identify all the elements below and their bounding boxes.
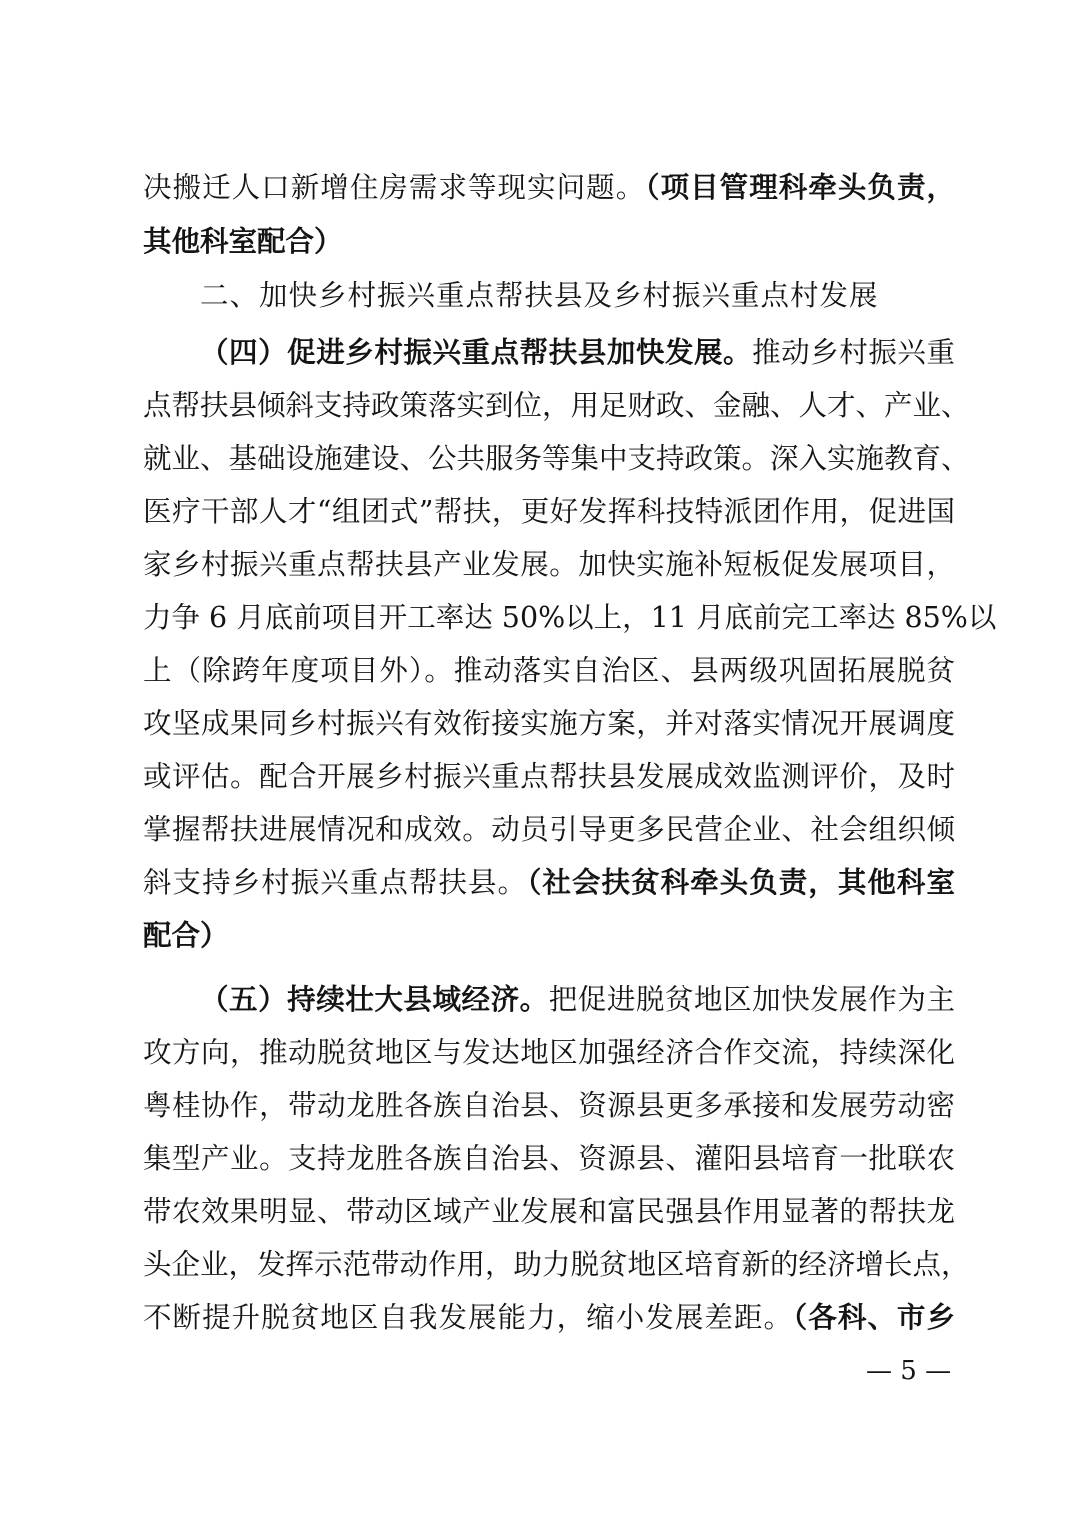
body-text: 或评估。配合开展乡村振兴重点帮扶县发展成效监测评价，及时	[143, 760, 955, 793]
body-text: 头企业，发挥示范带动作用，助力脱贫地区培育新的经济增长点，	[143, 1248, 970, 1281]
body-text: 点帮扶县倾斜支持政策落实到位，用足财政、金融、人才、产业、	[143, 389, 970, 422]
text-line: 掌握帮扶进展情况和成效。动员引导更多民营企业、社会组织倾	[143, 810, 955, 850]
body-text: 决搬迁人口新增住房需求等现实问题。	[143, 171, 645, 204]
subsection-title: （四）促进乡村振兴重点帮扶县加快发展。	[200, 336, 752, 369]
text-line: 决搬迁人口新增住房需求等现实问题。（项目管理科牵头负责，	[143, 168, 955, 208]
body-text: 集型产业。支持龙胜各族自治县、资源县、灌阳县培育一批联农	[143, 1142, 955, 1175]
body-text: 就业、基础设施建设、公共服务等集中支持政策。深入实施教育、	[143, 442, 970, 475]
text-line: 或评估。配合开展乡村振兴重点帮扶县发展成效监测评价，及时	[143, 757, 955, 797]
text-line: 其他科室配合）	[143, 222, 955, 262]
body-text: 斜支持乡村振兴重点帮扶县。	[143, 866, 527, 899]
responsibility-note: （各科、市乡	[793, 1301, 955, 1334]
text-line: 点帮扶县倾斜支持政策落实到位，用足财政、金融、人才、产业、	[143, 386, 955, 426]
text-line: （四）促进乡村振兴重点帮扶县加快发展。推动乡村振兴重	[200, 333, 955, 373]
text-line: 上（除跨年度项目外）。推动落实自治区、县两级巩固拓展脱贫	[143, 651, 955, 691]
text-line: 斜支持乡村振兴重点帮扶县。（社会扶贫科牵头负责，其他科室	[143, 863, 955, 903]
text-line: 不断提升脱贫地区自我发展能力，缩小发展差距。（各科、市乡	[143, 1298, 955, 1338]
body-text: 上（除跨年度项目外）。推动落实自治区、县两级巩固拓展脱贫	[143, 654, 955, 687]
text-line: 医疗干部人才“组团式”帮扶，更好发挥科技特派团作用，促进国	[143, 492, 955, 532]
text-line: 力争 6 月底前项目开工率达 50%以上，11 月底前完工率达 85%以	[143, 598, 955, 638]
subsection-title: （五）持续壮大县域经济。	[200, 983, 549, 1016]
page-number: — 5 —	[866, 1356, 951, 1386]
responsibility-note: （项目管理科牵头负责，	[645, 171, 955, 204]
section-heading-text: 二、加快乡村振兴重点帮扶县及乡村振兴重点村发展	[200, 279, 879, 312]
body-text: 医疗干部人才“组团式”帮扶，更好发挥科技特派团作用，促进国	[143, 495, 955, 528]
text-line: 头企业，发挥示范带动作用，助力脱贫地区培育新的经济增长点，	[143, 1245, 955, 1285]
body-text: 掌握帮扶进展情况和成效。动员引导更多民营企业、社会组织倾	[143, 813, 955, 846]
body-text: 力争 6 月底前项目开工率达 50%以上，11 月底前完工率达 85%以	[143, 601, 996, 634]
text-line: 配合）	[143, 916, 955, 956]
text-line: 攻坚成果同乡村振兴有效衔接实施方案，并对落实情况开展调度	[143, 704, 955, 744]
document-page: 决搬迁人口新增住房需求等现实问题。（项目管理科牵头负责， 其他科室配合） 二、加…	[0, 0, 1074, 1520]
body-text: 攻坚成果同乡村振兴有效衔接实施方案，并对落实情况开展调度	[143, 707, 955, 740]
body-text: 攻方向，推动脱贫地区与发达地区加强经济合作交流，持续深化	[143, 1036, 955, 1069]
section-heading: 二、加快乡村振兴重点帮扶县及乡村振兴重点村发展	[200, 276, 880, 316]
body-text: 带农效果明显、带动区域产业发展和富民强县作用显著的帮扶龙	[143, 1195, 955, 1228]
text-line: 家乡村振兴重点帮扶县产业发展。加快实施补短板促发展项目，	[143, 545, 955, 585]
text-line: 集型产业。支持龙胜各族自治县、资源县、灌阳县培育一批联农	[143, 1139, 955, 1179]
responsibility-note: 配合）	[143, 919, 229, 952]
text-line: （五）持续壮大县域经济。把促进脱贫地区加快发展作为主	[200, 980, 955, 1020]
body-text: 把促进脱贫地区加快发展作为主	[549, 983, 955, 1016]
body-text: 粤桂协作，带动龙胜各族自治县、资源县更多承接和发展劳动密	[143, 1089, 955, 1122]
responsibility-note: （社会扶贫科牵头负责，其他科室	[527, 866, 955, 899]
text-line: 攻方向，推动脱贫地区与发达地区加强经济合作交流，持续深化	[143, 1033, 955, 1073]
text-line: 粤桂协作，带动龙胜各族自治县、资源县更多承接和发展劳动密	[143, 1086, 955, 1126]
text-line: 带农效果明显、带动区域产业发展和富民强县作用显著的帮扶龙	[143, 1192, 955, 1232]
responsibility-note: 其他科室配合）	[143, 225, 343, 258]
text-line: 就业、基础设施建设、公共服务等集中支持政策。深入实施教育、	[143, 439, 955, 479]
body-text: 家乡村振兴重点帮扶县产业发展。加快实施补短板促发展项目，	[143, 548, 955, 581]
body-text: 不断提升脱贫地区自我发展能力，缩小发展差距。	[143, 1301, 793, 1334]
body-text: 推动乡村振兴重	[752, 336, 955, 369]
